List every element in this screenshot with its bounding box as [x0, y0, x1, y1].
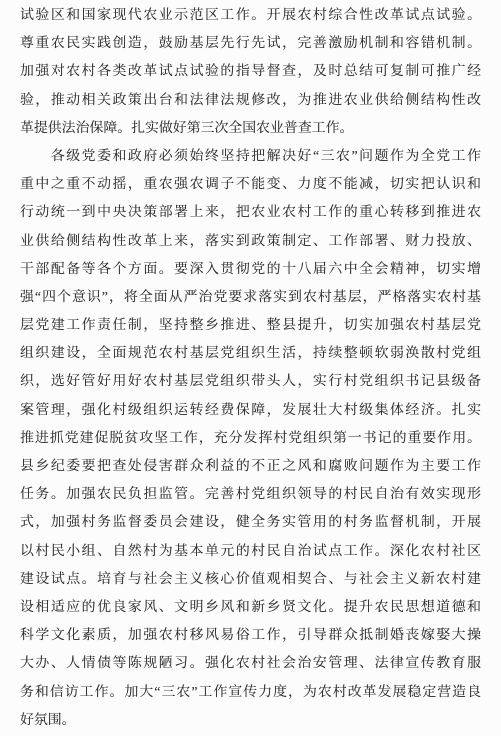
text-line: 尊重农民实践创造，鼓励基层先行先试，完善激励机制和容错机制。	[20, 30, 481, 58]
text-line: 验，推动相关政策出台和法律法规修改，为推进农业供给侧结构性改	[20, 87, 481, 115]
text-line: 设相适应的优良家风、文明乡风和新乡贤文化。提升农民思想道德和	[20, 594, 481, 622]
document-text-block: 试验区和国家现代农业示范区工作。开展农村综合性改革试点试验。 尊重农民实践创造，…	[0, 0, 501, 736]
text-line: 推进抓党建促脱贫攻坚工作，充分发挥村党组织第一书记的重要作用。	[20, 425, 481, 453]
text-line: 干部配备等各个方面。要深入贯彻党的十八届六中全会精神，切实增	[20, 256, 481, 284]
text-line: 式，加强村务监督委员会建设，健全务实管用的村务监督机制，开展	[20, 509, 481, 537]
text-line: 业供给侧结构性改革上来，落实到政策制定、工作部署、财力投放、	[20, 228, 481, 256]
document-page: { "page": { "background_color": "#fcfcfc…	[0, 0, 501, 736]
text-line: 织，选好管好用好农村基层党组织带头人，实行村党组织书记县级备	[20, 368, 481, 396]
text-line: 加强对农村各类改革试点试验的指导督查，及时总结可复制可推广经	[20, 58, 481, 86]
text-line: 层党建工作责任制，坚持整乡推进、整县提升，切实加强农村基层党	[20, 312, 481, 340]
text-line: 大办、人情债等陈规陋习。强化农村社会治安管理、法律宣传教育服	[20, 650, 481, 678]
text-line: 务和信访工作。加大“三农”工作宣传力度，为农村改革发展稳定营造良	[20, 679, 481, 707]
text-line: 重中之重不动摇，重农强农调子不能变、力度不能减，切实把认识和	[20, 171, 481, 199]
text-line: 试验区和国家现代农业示范区工作。开展农村综合性改革试点试验。	[20, 2, 481, 30]
text-line: 任务。加强农民负担监管。完善村党组织领导的村民自治有效实现形	[20, 481, 481, 509]
text-line-paragraph-end: 好氛围。	[20, 707, 481, 735]
text-line: 以村民小组、自然村为基本单元的村民自治试点工作。深化农村社区	[20, 538, 481, 566]
text-line: 行动统一到中央决策部署上来，把农业农村工作的重心转移到推进农	[20, 199, 481, 227]
text-line-paragraph-end: 革提供法治保障。扎实做好第三次全国农业普查工作。	[20, 115, 481, 143]
text-line: 强“四个意识”，将全面从严治党要求落实到农村基层，严格落实农村基	[20, 284, 481, 312]
text-line: 县乡纪委要把查处侵害群众利益的不正之风和腐败问题作为主要工作	[20, 453, 481, 481]
text-line: 组织建设，全面规范农村基层党组织生活，持续整顿软弱涣散村党组	[20, 340, 481, 368]
text-line: 建设试点。培育与社会主义核心价值观相契合、与社会主义新农村建	[20, 566, 481, 594]
text-line-paragraph-start: 各级党委和政府必须始终坚持把解决好“三农”问题作为全党工作	[20, 143, 481, 171]
text-line: 案管理，强化村级组织运转经费保障，发展壮大村级集体经济。扎实	[20, 397, 481, 425]
text-line: 科学文化素质，加强农村移风易俗工作，引导群众抵制婚丧嫁娶大操	[20, 622, 481, 650]
